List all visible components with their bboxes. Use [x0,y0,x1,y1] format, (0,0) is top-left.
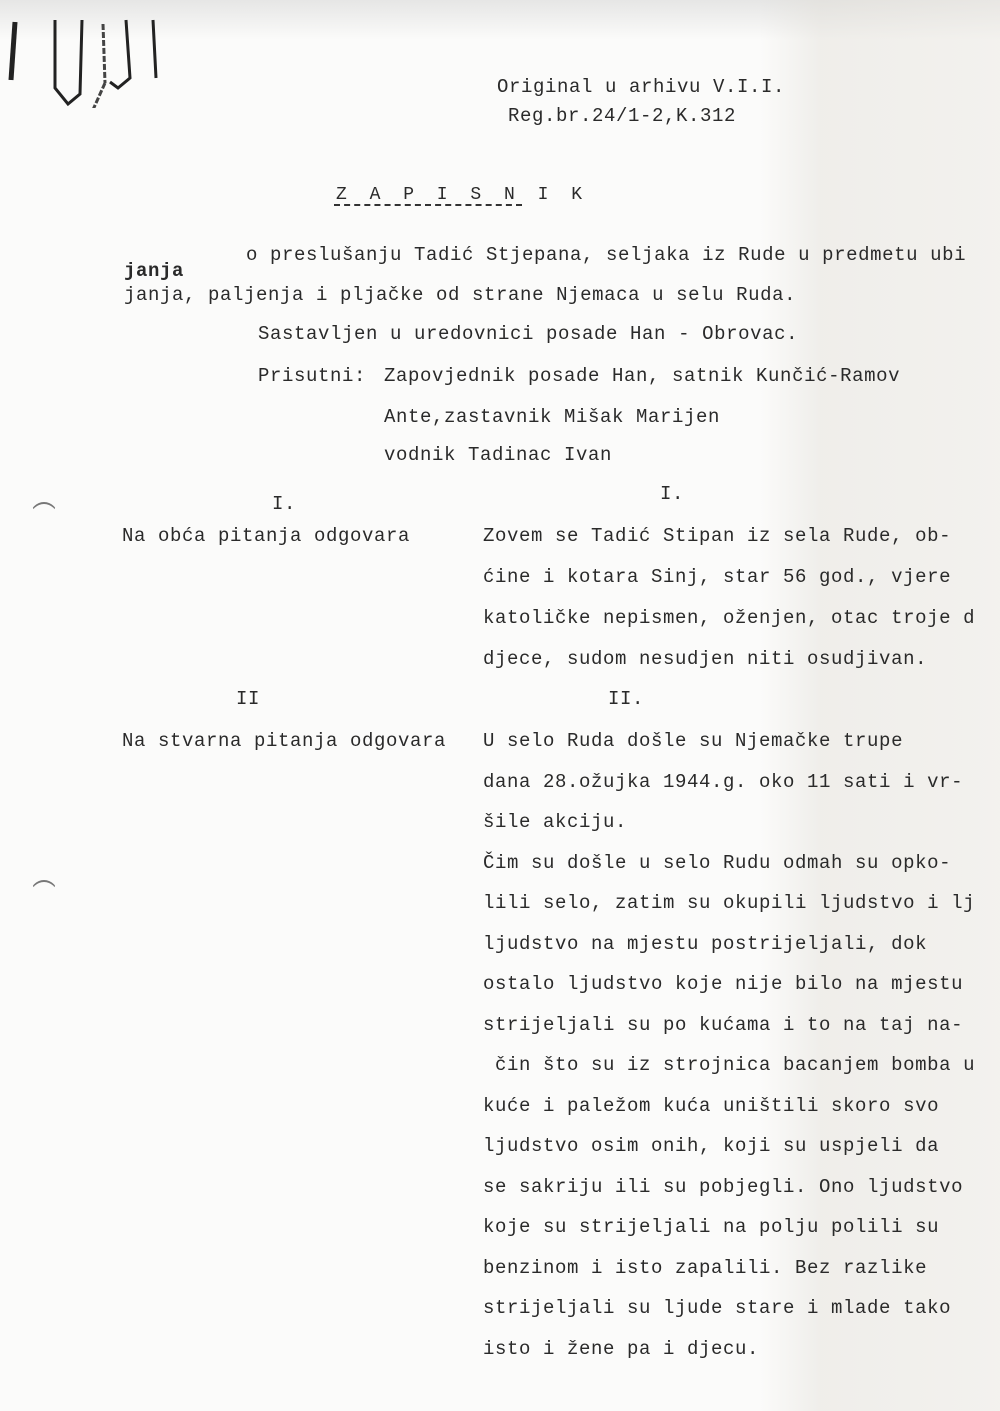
document-page: Original u arhivu V.I.I. Reg.br.24/1-2,K… [0,0,1000,1411]
answer-line: isto i žene pa i djecu. [483,1340,759,1359]
document-title: Z A P I S N I K [336,186,588,204]
section-1-question: Na obća pitanja odgovara [122,527,410,546]
section-2-right-numeral: II. [608,690,644,709]
present-label: Prisutni: [258,367,366,386]
intro-line1: o preslušanju Tadić Stjepana, seljaka iz… [246,246,966,265]
answer-line: Čim su došle u selo Rudu odmah su opko- [483,854,951,873]
punch-hole-icon [30,502,58,531]
answer-line: katoličke nepismen, oženjen, otac troje … [483,609,975,628]
answer-line: ljudstvo osim onih, koji su uspjeli da [483,1137,939,1156]
answer-line: čin što su iz strojnica bacanjem bomba u [483,1056,975,1075]
present-line1: Zapovjednik posade Han, satnik Kunčić-Ra… [384,367,900,386]
intro-line2: janja, paljenja i pljačke od strane Njem… [124,286,796,305]
present-line3: vodnik Tadinac Ivan [384,446,612,465]
answer-line: Zovem se Tadić Stipan iz sela Rude, ob- [483,527,951,546]
section-2-question: Na stvarna pitanja odgovara [122,732,446,751]
intro-overtype: janja [124,262,184,281]
answer-line: djece, sudom nesudjen niti osudjivan. [483,650,927,669]
handwritten-mark-icon [0,8,170,108]
answer-line: ostalo ljudstvo koje nije bilo na mjestu [483,975,963,994]
intro-line3: Sastavljen u uredovnici posade Han - Obr… [258,325,798,344]
answer-line: strijeljali su po kućama i to na taj na- [483,1016,963,1035]
answer-line: kuće i paležom kuća uništili skoro svo [483,1097,939,1116]
answer-line: koje su strijeljali na polju polili su [483,1218,939,1237]
answer-line: ćine i kotara Sinj, star 56 god., vjere [483,568,951,587]
answer-line: ljudstvo na mjestu postrijeljali, dok [483,935,927,954]
answer-line: dana 28.ožujka 1944.g. oko 11 sati i vr- [483,773,963,792]
answer-line: se sakriju ili su pobjegli. Ono ljudstvo [483,1178,963,1197]
section-2-left-numeral: II [236,690,260,709]
answer-line: lili selo, zatim su okupili ljudstvo i l… [483,894,975,913]
section-1-left-numeral: I. [272,495,296,514]
section-1-right-numeral: I. [660,485,684,504]
answer-line: U selo Ruda došle su Njemačke trupe [483,732,903,751]
archive-note-line2: Reg.br.24/1-2,K.312 [508,107,736,126]
answer-line: benzinom i isto zapalili. Bez razlike [483,1259,927,1278]
title-underline [334,204,522,206]
present-line2: Ante,zastavnik Mišak Marijen [384,408,720,427]
answer-line: strijeljali su ljude stare i mlade tako [483,1299,951,1318]
answer-line: šile akciju. [483,813,627,832]
archive-note-line1: Original u arhivu V.I.I. [497,78,785,97]
punch-hole-icon [30,880,58,909]
